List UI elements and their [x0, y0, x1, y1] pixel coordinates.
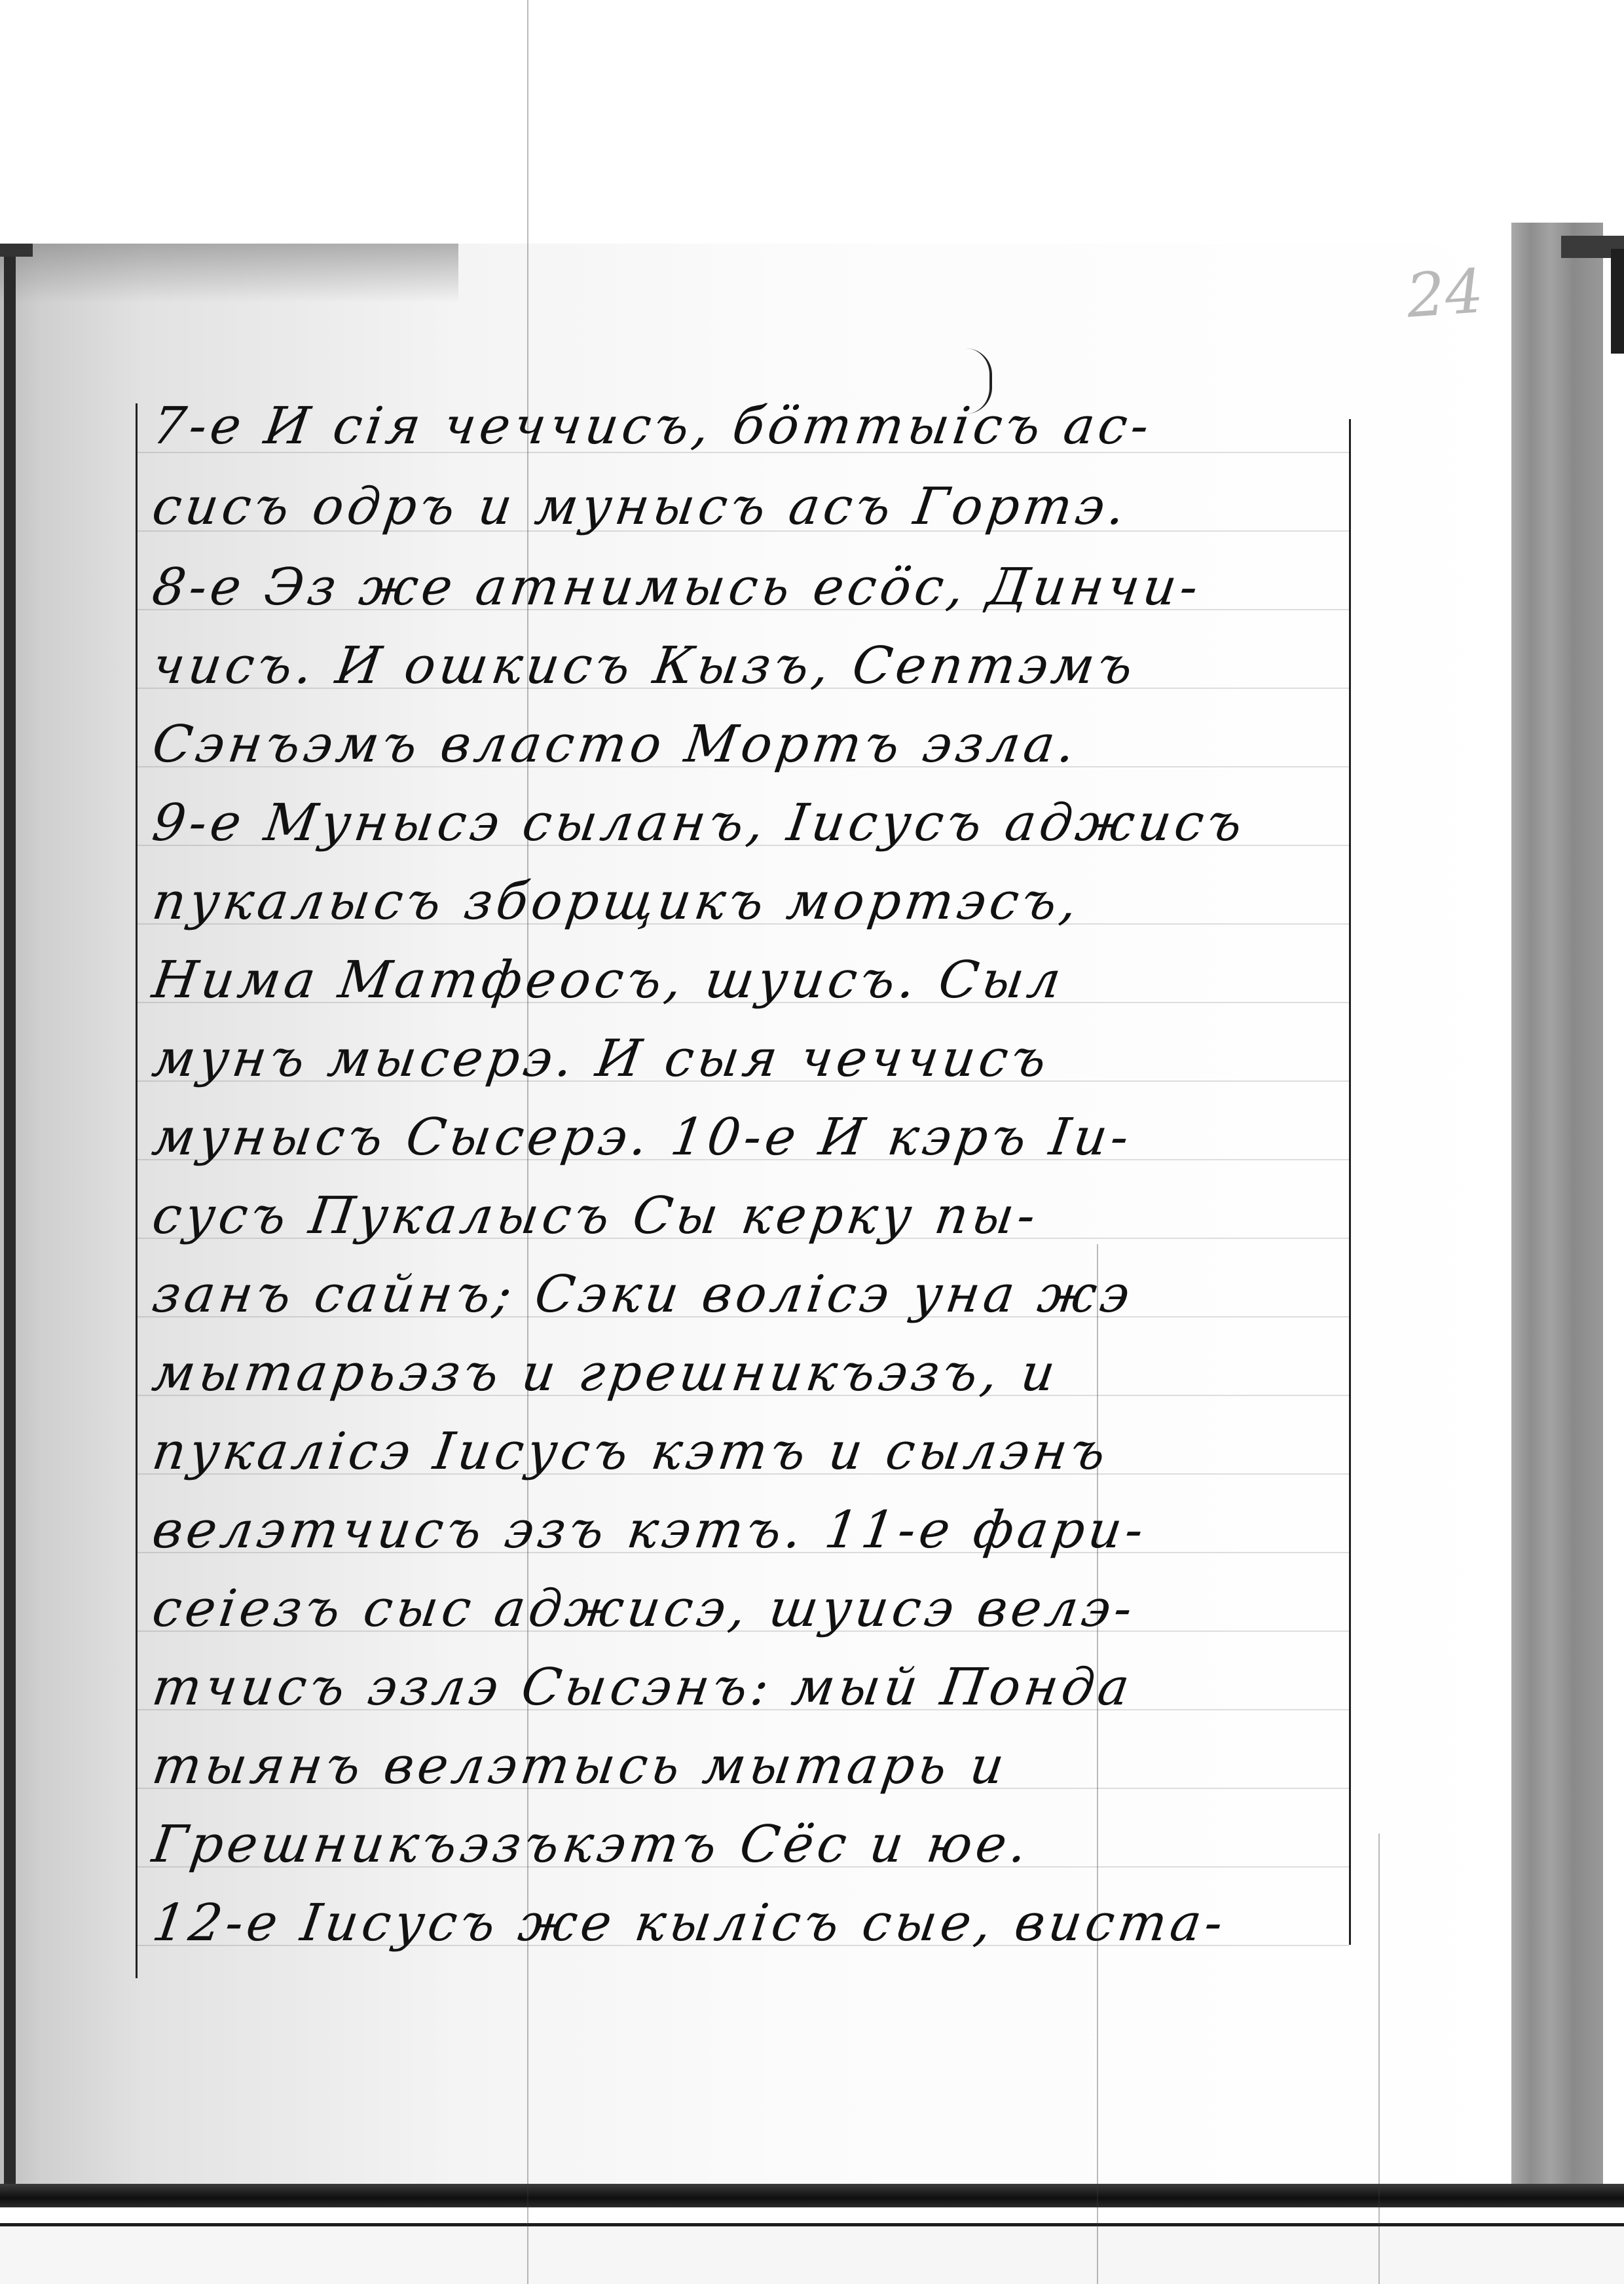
text-line: чисъ. И ошкисъ Кызъ, Септэмъ: [149, 640, 1375, 691]
text-line: пукалісэ Іисусъ кэтъ и сылэнъ: [149, 1426, 1375, 1477]
text-line: занъ сайнъ; Сэки волісэ уна жэ: [149, 1269, 1375, 1320]
scan-artifact-line: [1378, 1833, 1380, 2284]
binding-edge-cap: [0, 244, 33, 257]
text-line: Сэнъэмъ власто Мортъ эзла.: [149, 719, 1375, 770]
below-page-area: [0, 2226, 1624, 2284]
text-line: 9-е Мунысэ сыланъ, Іисусъ аджисъ: [149, 798, 1375, 849]
text-line: Нима Матфеосъ, шуисъ. Сыл: [149, 955, 1375, 1006]
scanned-image: 24 7-е И сія чеччисъ, бöттыісъ ас- сисъ …: [0, 0, 1624, 2284]
text-line: тыянъ велэтысь мытарь и: [149, 1741, 1375, 1792]
text-line: тчисъ эзлэ Сысэнъ: мый Понда: [149, 1662, 1375, 1713]
text-line: мунъ мысерэ. И сыя чеччисъ: [149, 1033, 1375, 1084]
adjacent-page-edge-right: [1511, 223, 1603, 2194]
text-line: мунысъ Сысерэ. 10-е И кэръ Іи-: [149, 1112, 1375, 1163]
text-line: Грешникъэзъкэтъ Сёс и юе.: [149, 1819, 1375, 1870]
page-number: 24: [1404, 256, 1485, 331]
text-line: сисъ одръ и мунысъ асъ Гортэ.: [149, 481, 1375, 532]
film-edge-right: [1611, 249, 1624, 354]
text-line: сеіезъ сыс аджисэ, шуисэ велэ-: [149, 1583, 1375, 1634]
binding-edge-left: [4, 244, 16, 2195]
text-line: 7-е И сія чеччисъ, бöттыісъ ас-: [149, 401, 1375, 452]
text-line: пукалысъ зборщикъ мортэсъ,: [149, 876, 1375, 927]
text-line: 8-е Эз же атнимысь есöс, Динчи-: [149, 562, 1375, 613]
text-line: сусъ Пукалысъ Сы керку пы-: [149, 1190, 1375, 1242]
page-top-shadow: [0, 244, 458, 303]
text-line: велэтчисъ эзъ кэтъ. 11-е фари-: [149, 1505, 1375, 1556]
left-margin-rule: [136, 403, 138, 1978]
text-line: мытарьэзъ и грешникъэзъ, и: [149, 1348, 1375, 1399]
page-bottom-edge: [0, 2184, 1624, 2207]
text-line: 12-е Іисусъ же кылісъ сые, вистa-: [149, 1898, 1375, 1949]
